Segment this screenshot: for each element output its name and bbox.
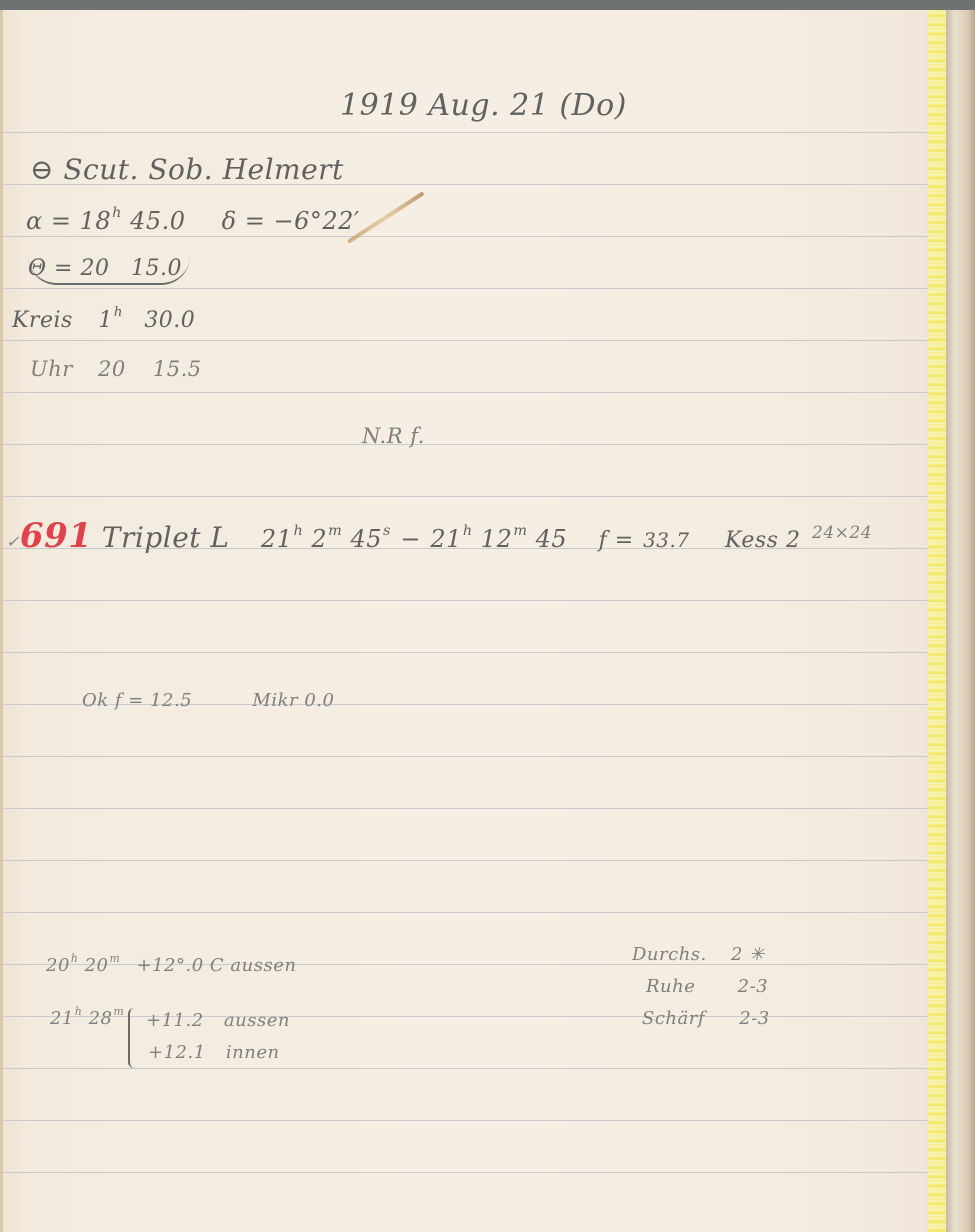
temp-value: +12°.0 C [137, 955, 225, 976]
ruled-line [3, 132, 933, 133]
kreis-line: Kreis 1h 30.0 [12, 308, 195, 333]
ruled-line [3, 1016, 933, 1017]
focus-value: 33.7 [643, 528, 690, 552]
end-seconds: 45 [536, 525, 568, 553]
seeing-value: 2-3 [738, 976, 769, 997]
ruled-line [3, 392, 933, 393]
temp-time-hours: 21 [50, 1008, 74, 1029]
seeing-value: 2-3 [739, 1008, 770, 1029]
temperature-row: +11.2 aussen [146, 1010, 290, 1031]
ruled-line [3, 1068, 933, 1069]
uhr-label: Uhr [30, 357, 73, 381]
ruled-line [3, 496, 933, 497]
micrometer-label: Mikr [252, 690, 298, 711]
ruled-line [3, 1120, 933, 1121]
ruled-line [3, 1172, 933, 1173]
plate-size: 24×24 [812, 523, 872, 543]
temp-time-minutes: 28 [89, 1008, 113, 1029]
kreis-hours-unit: h [114, 305, 123, 320]
date-header: 1919 Aug. 21 (Do) [340, 88, 627, 123]
end-hours: 21 [430, 525, 462, 553]
theta-label: Θ = [28, 256, 73, 281]
start-minutes: 2 [311, 525, 327, 553]
seeing-label: Durchs. [632, 944, 707, 965]
ruled-line [3, 808, 933, 809]
binding-highlight-strip [928, 10, 946, 1232]
temp-location: aussen [230, 955, 296, 976]
ruled-line [3, 652, 933, 653]
alpha-hours-unit: h [112, 205, 122, 221]
note-center: N.R f. [362, 424, 425, 448]
kreis-hours: 1 [98, 308, 113, 333]
ruled-line [3, 600, 933, 601]
start-seconds: 45 [350, 525, 382, 553]
kreis-minutes: 30.0 [144, 308, 195, 333]
temp-time-minutes: 20 [85, 955, 109, 976]
temp-location: aussen [224, 1010, 290, 1031]
uhr-line: Uhr 20 15.5 [30, 357, 202, 381]
object-line: ⊖ Scut. Sob. Helmert [30, 153, 344, 186]
temp-time-hours: 20 [46, 955, 70, 976]
temperature-row: +12.1 innen [148, 1042, 280, 1063]
uhr-minutes: 15.5 [153, 357, 202, 381]
seeing-row: Schärf 2-3 [642, 1008, 770, 1029]
theta-minutes: 15.0 [131, 256, 182, 281]
page-edge [946, 10, 975, 1232]
ruled-line [3, 288, 933, 289]
temperature-row: 20h 20m +12°.0 C aussen [46, 955, 296, 976]
seeing-value: 2 ✳ [731, 944, 765, 965]
seeing-label: Schärf [642, 1008, 705, 1029]
kreis-label: Kreis [12, 308, 73, 333]
ruled-line [3, 860, 933, 861]
delta-label: δ = [222, 207, 266, 235]
delta-value: −6°22′ [273, 207, 359, 235]
sun-symbol-icon: ⊖ [30, 153, 54, 186]
end-time: 21h 12m 45 [430, 525, 567, 553]
plate-number: 691 [20, 516, 92, 556]
ruled-line [3, 756, 933, 757]
temp-value: +11.2 [146, 1010, 204, 1031]
seeing-label: Ruhe [646, 976, 695, 997]
ocular-label: Ok f = [82, 690, 144, 711]
ocular-value: 12.5 [150, 690, 192, 711]
alpha-minutes: 45.0 [130, 207, 185, 235]
brace-bracket [128, 1008, 140, 1068]
uhr-hours: 20 [98, 357, 126, 381]
alpha-hours: 18 [80, 207, 112, 235]
instrument-name: Triplet L [102, 521, 230, 554]
object-name: Scut. Sob. Helmert [63, 153, 343, 186]
ocular-line: Ok f = 12.5 Mikr 0.0 [82, 690, 334, 711]
micrometer-value: 0.0 [304, 690, 334, 711]
temp-value: +12.1 [148, 1042, 206, 1063]
alpha-label: α = [26, 207, 71, 235]
ruled-line [3, 340, 933, 341]
theta-line: Θ = 20 15.0 [28, 256, 190, 285]
seeing-row: Durchs. 2 ✳ [632, 944, 765, 965]
cassette: Kess 2 [725, 528, 800, 553]
focus-label: f = [599, 528, 634, 553]
start-hours: 21 [261, 525, 293, 553]
scanner-top-band [0, 0, 975, 10]
start-time: 21h 2m 45s [261, 525, 391, 553]
end-minutes: 12 [481, 525, 513, 553]
exposure-line: ✓691 Triplet L 21h 2m 45s − 21h 12m 45 f… [6, 516, 800, 556]
ruled-line [3, 912, 933, 913]
ruled-line [3, 236, 933, 237]
coordinates-line: α = 18h 45.0 δ = −6°22′ [26, 207, 360, 235]
seeing-row: Ruhe 2-3 [646, 976, 768, 997]
check-mark-icon: ✓ [6, 532, 20, 551]
theta-hours: 20 [80, 256, 109, 281]
temperature-row: 21h 28m [50, 1008, 124, 1029]
temp-location: innen [226, 1042, 280, 1063]
time-separator: − [400, 525, 421, 553]
ruled-line [3, 444, 933, 445]
